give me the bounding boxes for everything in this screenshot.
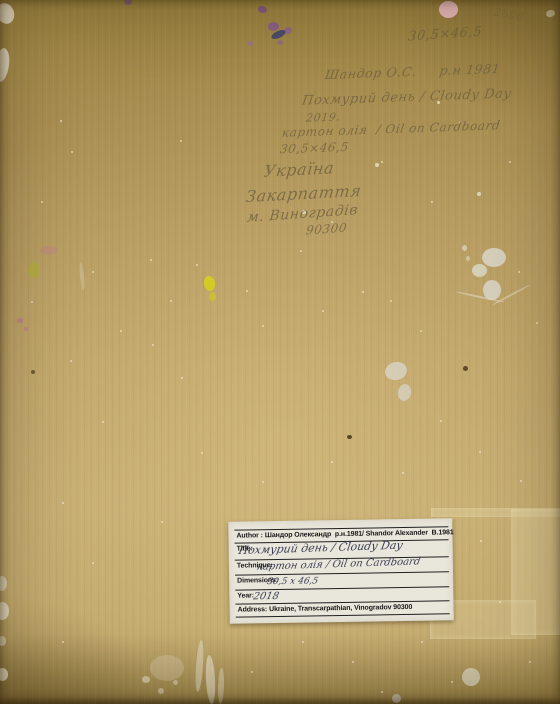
photo-vignette [0, 0, 560, 704]
photo-of-painting-back: 2600 30,5×46,5 Шандор О.С. р.н 1981 Похм… [0, 0, 560, 704]
